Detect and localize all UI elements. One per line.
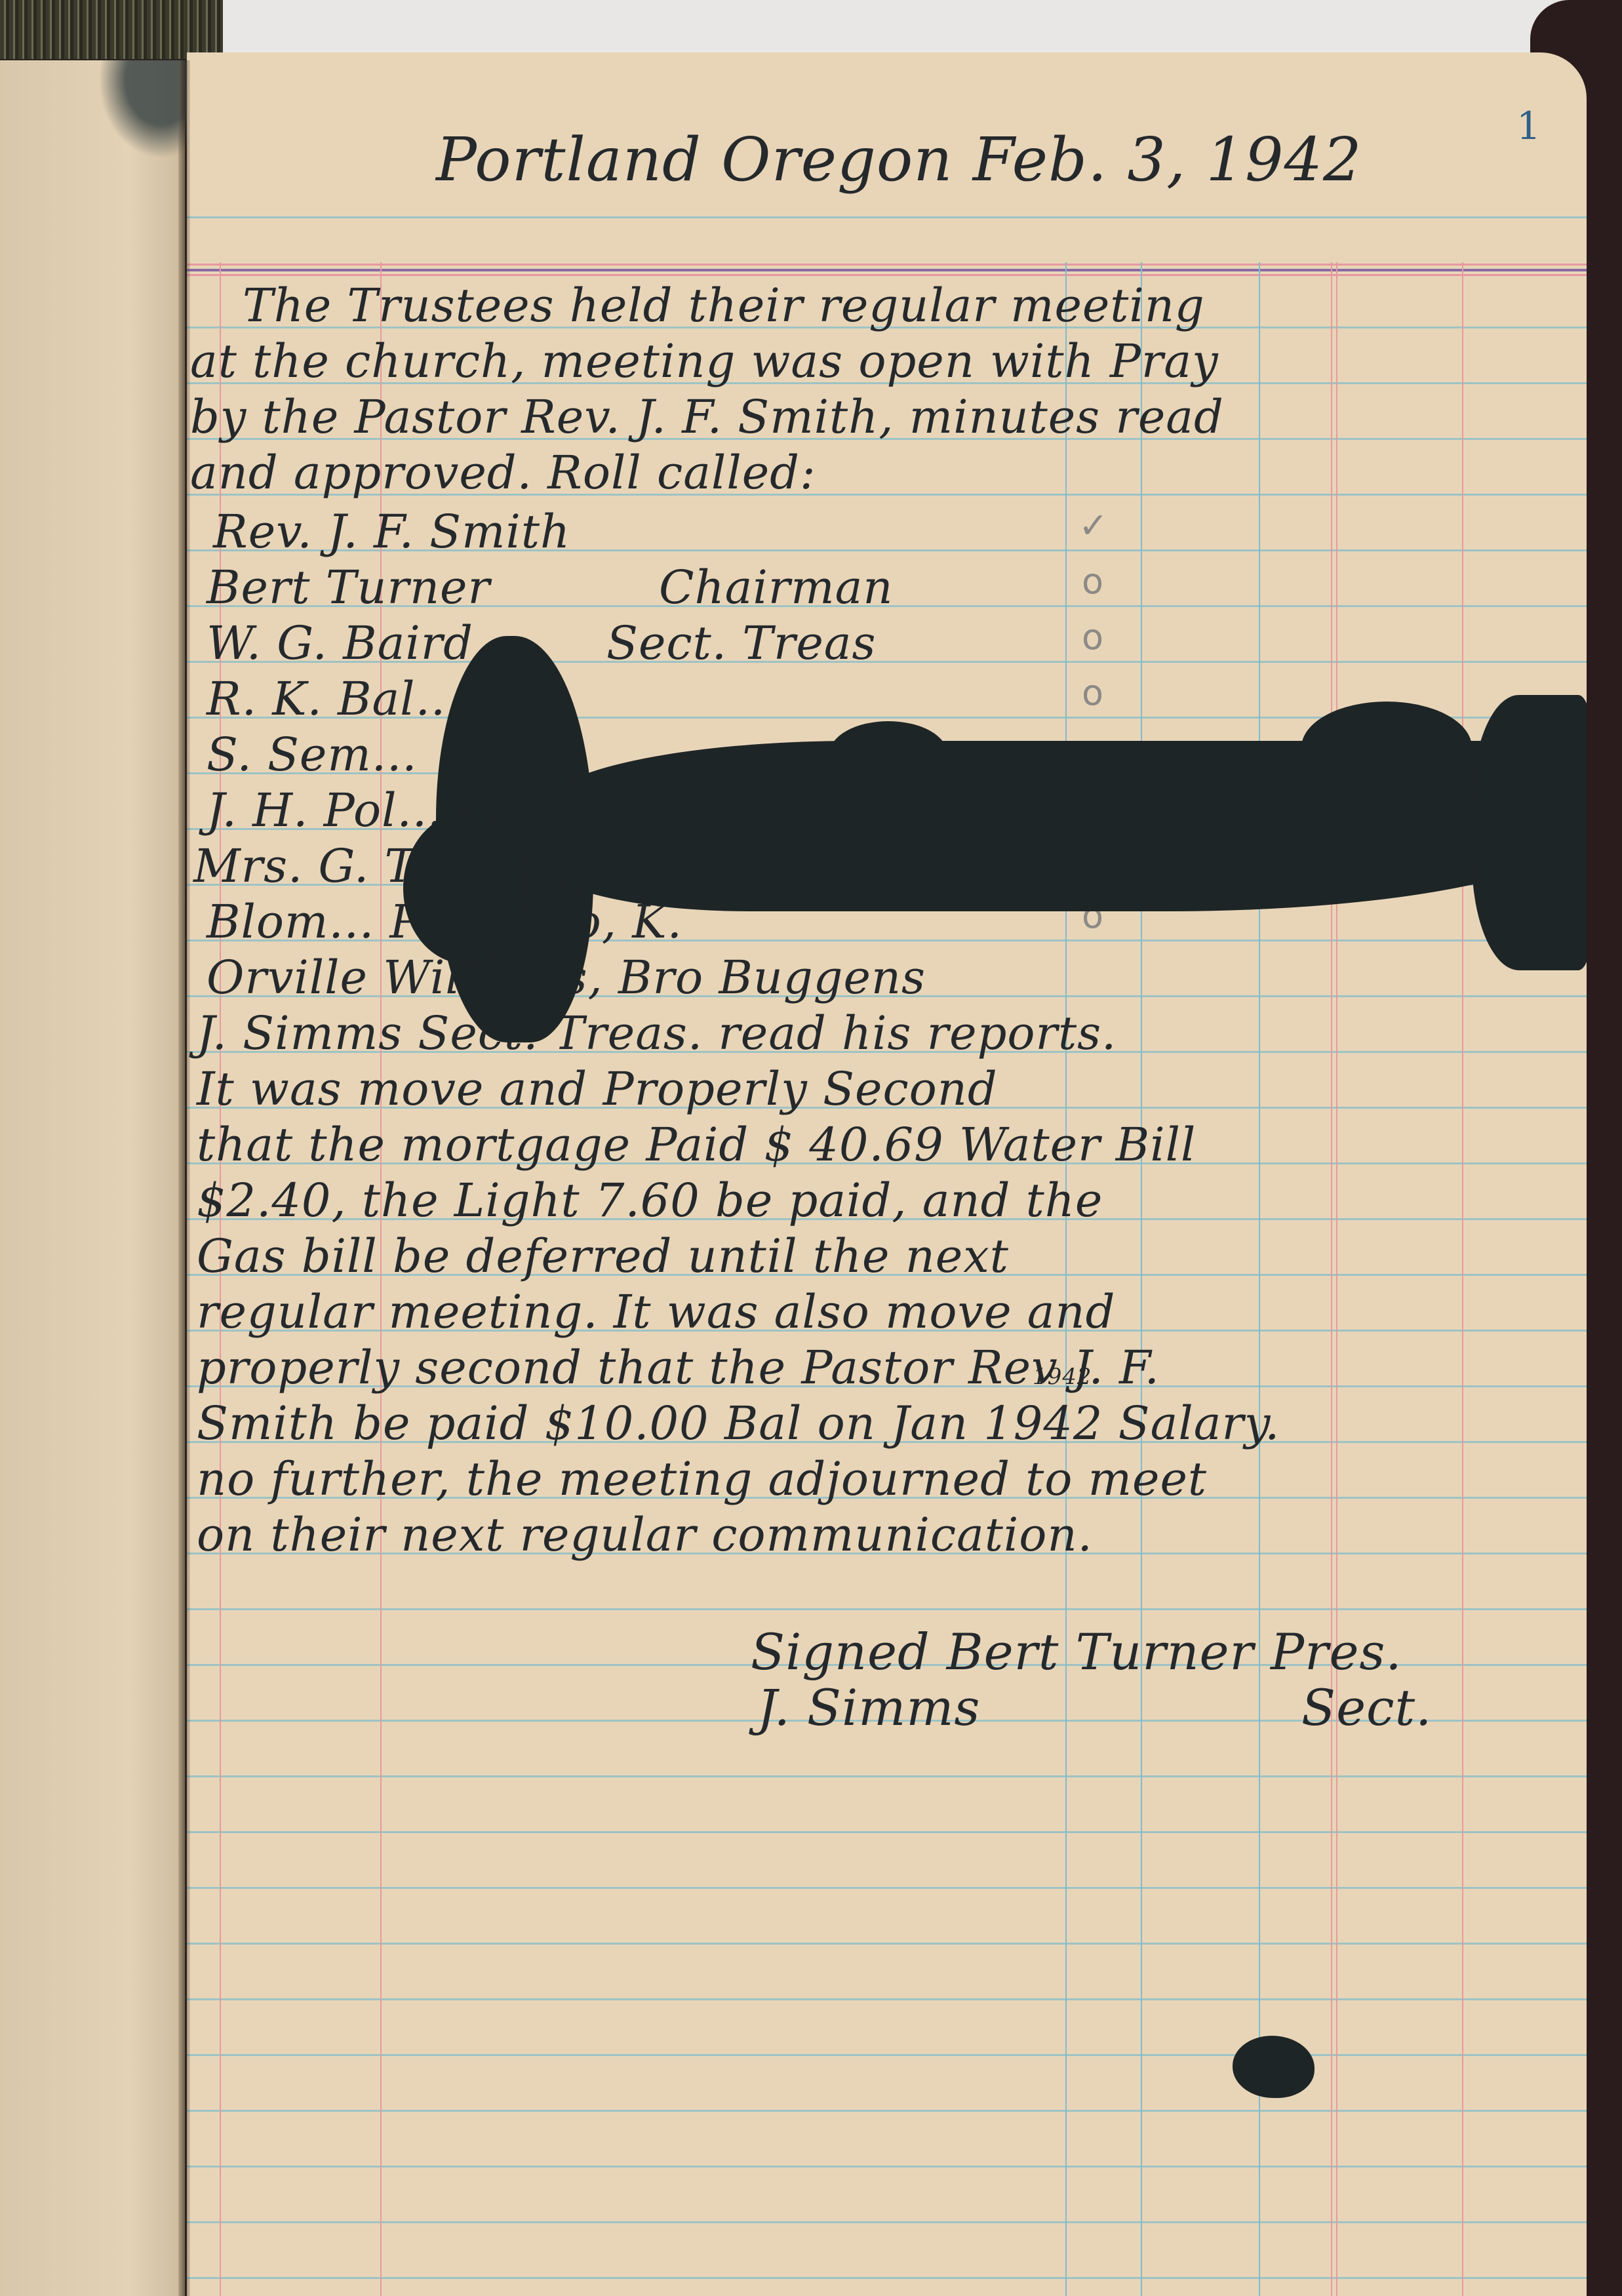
minutes-line: The Trustees held their regular meeting [243, 279, 1205, 332]
left-page-blank [0, 60, 185, 2296]
ruled-line [187, 2166, 1587, 2167]
minutes-line: properly second that the Pastor Rev J. F… [197, 1341, 1160, 1395]
minutes-line: and approved. Roll called: [190, 446, 816, 500]
ruled-line [187, 1831, 1587, 1833]
ledger-page: 1 Portland Oregon Feb. 3, 1942 T [187, 52, 1587, 2296]
roll-call-title: Sect. Treas [606, 616, 876, 670]
minutes-line: at the church, meeting was open with Pra… [190, 334, 1219, 388]
column-rule-red [1331, 262, 1332, 2296]
minutes-line: no further, the meeting adjourned to mee… [197, 1452, 1207, 1506]
header-rule-pink-top [187, 264, 1587, 266]
ink-blot-bump [829, 721, 947, 787]
minutes-line: Smith be paid $10.00 Bal on Jan 1942 Sal… [197, 1396, 1280, 1450]
roll-call-name: R. K. Bal... [207, 672, 461, 726]
book-spine-gutter [178, 60, 190, 2296]
column-rule-blue [1259, 262, 1260, 2296]
year-annotation: 1942 [1033, 1364, 1092, 1390]
signature-secretary-title: Sect. [1301, 1678, 1432, 1737]
ruled-line [187, 1943, 1587, 1945]
page-number: 1 [1516, 104, 1541, 148]
book-cloth-binding [0, 0, 223, 59]
roll-call-name: Rev. J. F. Smith [213, 505, 570, 559]
ruled-line [187, 1775, 1587, 1777]
roll-call-name: Bert Turner [207, 561, 490, 614]
minutes-line: on their next regular communication. [197, 1508, 1093, 1562]
signature-secretary-name: J. Simms [757, 1678, 980, 1737]
minutes-line: Gas bill be deferred until the next [197, 1229, 1009, 1283]
minutes-line: by the Pastor Rev. J. F. Smith, minutes … [190, 390, 1224, 444]
minutes-line: It was move and Properly Second [197, 1062, 998, 1116]
column-rule-blue [1141, 262, 1142, 2296]
ink-blot-right-edge [1472, 695, 1587, 970]
header-rule-purple [187, 269, 1587, 271]
ink-blot-lobe [403, 813, 528, 964]
roll-call-name: W. G. Baird [207, 616, 473, 670]
minutes-line: $2.40, the Light 7.60 be paid, and the [197, 1174, 1103, 1227]
minutes-line: J. Simms Sect. Treas. read his reports. [197, 1006, 1117, 1060]
ruled-line [187, 2110, 1587, 2112]
ink-blot-small [1233, 2036, 1315, 2098]
ink-blot-bump [1301, 702, 1472, 793]
attendance-mark: o [1082, 672, 1103, 713]
ruled-line [187, 1608, 1587, 1610]
column-rule-red [1462, 262, 1463, 2296]
ruled-line [187, 2054, 1587, 2056]
signature-president: Signed Bert Turner Pres. [751, 1623, 1402, 1681]
header-rule-pink-bottom [187, 274, 1587, 276]
attendance-mark: o [1082, 561, 1103, 602]
column-rule-red [1336, 262, 1337, 2296]
page-heading: Portland Oregon Feb. 3, 1942 [436, 125, 1362, 195]
column-rule-blue [1065, 262, 1067, 2296]
ruled-line [187, 1998, 1587, 2000]
roll-call-name: S. Sem... [207, 728, 417, 782]
ruled-line [187, 2277, 1587, 2279]
background-top-strip [0, 0, 1622, 59]
roll-call-title: Chairman [659, 561, 893, 614]
title-rule [187, 216, 1587, 218]
attendance-mark: ✓ [1078, 505, 1108, 546]
minutes-line: regular meeting. It was also move and [197, 1285, 1115, 1339]
minutes-line: that the mortgage Paid $ 40.69 Water Bil… [197, 1118, 1196, 1172]
ruled-line [187, 2221, 1587, 2223]
ruled-line [187, 1887, 1587, 1889]
roll-call-name: J. H. Pol... [207, 783, 443, 837]
attendance-mark: o [1082, 616, 1103, 658]
